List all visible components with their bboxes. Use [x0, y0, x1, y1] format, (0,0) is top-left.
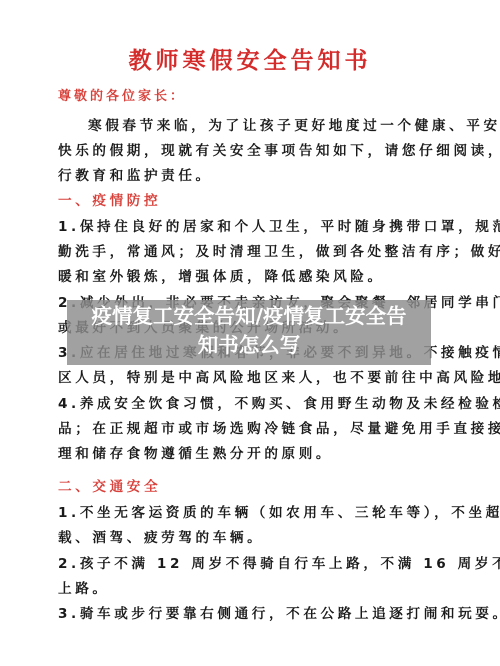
document-title: 教师寒假安全告知书 [0, 42, 500, 75]
intro-line: 行教育和监护责任。 [58, 165, 442, 187]
section-heading-traffic: 二、交通安全 [58, 476, 442, 498]
overlay-title-line2: 知书怎么写 [67, 331, 431, 360]
overlay-title: 疫情复工安全告知/疫情复工安全告 知书怎么写 [67, 302, 431, 360]
greeting: 尊敬的各位家长： [58, 86, 442, 108]
intro-line: 快乐的假期，现就有关安全事项告知如下，请您仔细阅读，认真履 [58, 140, 442, 162]
section-line: 4.养成安全饮食习惯，不购买、食用野生动物及未经检验检疫的食 [58, 393, 442, 415]
overlay-title-line1: 疫情复工安全告知/疫情复工安全告 [67, 302, 431, 331]
section-line: 暖和室外锻炼，增强体质，降低感染风险。 [58, 266, 442, 288]
section-line: 3.骑车或步行要靠右侧通行，不在公路上追逐打闹和玩耍。 [58, 603, 442, 625]
section-heading-epidemic: 一、疫情防控 [58, 190, 442, 212]
intro-line: 寒假春节来临，为了让孩子更好地度过一个健康、平安、充实、 [88, 115, 442, 137]
section-line: 勤洗手，常通风；及时清理卫生，做到各处整洁有序；做好冬季保 [58, 241, 442, 263]
section-line: 区人员，特别是中高风险地区来人，也不要前往中高风险地区。 [58, 367, 442, 389]
section-line: 理和储存食物遵循生熟分开的原则。 [58, 443, 442, 465]
section-line: 载、酒驾、疲劳驾的车辆。 [58, 527, 442, 549]
section-line: 品；在正规超市或市场选购冷链食品，尽量避免用手直接接触；处 [58, 418, 442, 440]
section-line: 1.保持住良好的居家和个人卫生，平时随身携带口罩，规范佩戴； [58, 216, 442, 238]
section-line: 1.不坐无客运资质的车辆（如农用车、三轮车等），不坐超速、超 [58, 502, 442, 524]
section-line: 2.孩子不满 12 周岁不得骑自行车上路，不满 16 周岁不得骑电动车 [58, 553, 442, 575]
section-line: 上路。 [58, 578, 442, 600]
